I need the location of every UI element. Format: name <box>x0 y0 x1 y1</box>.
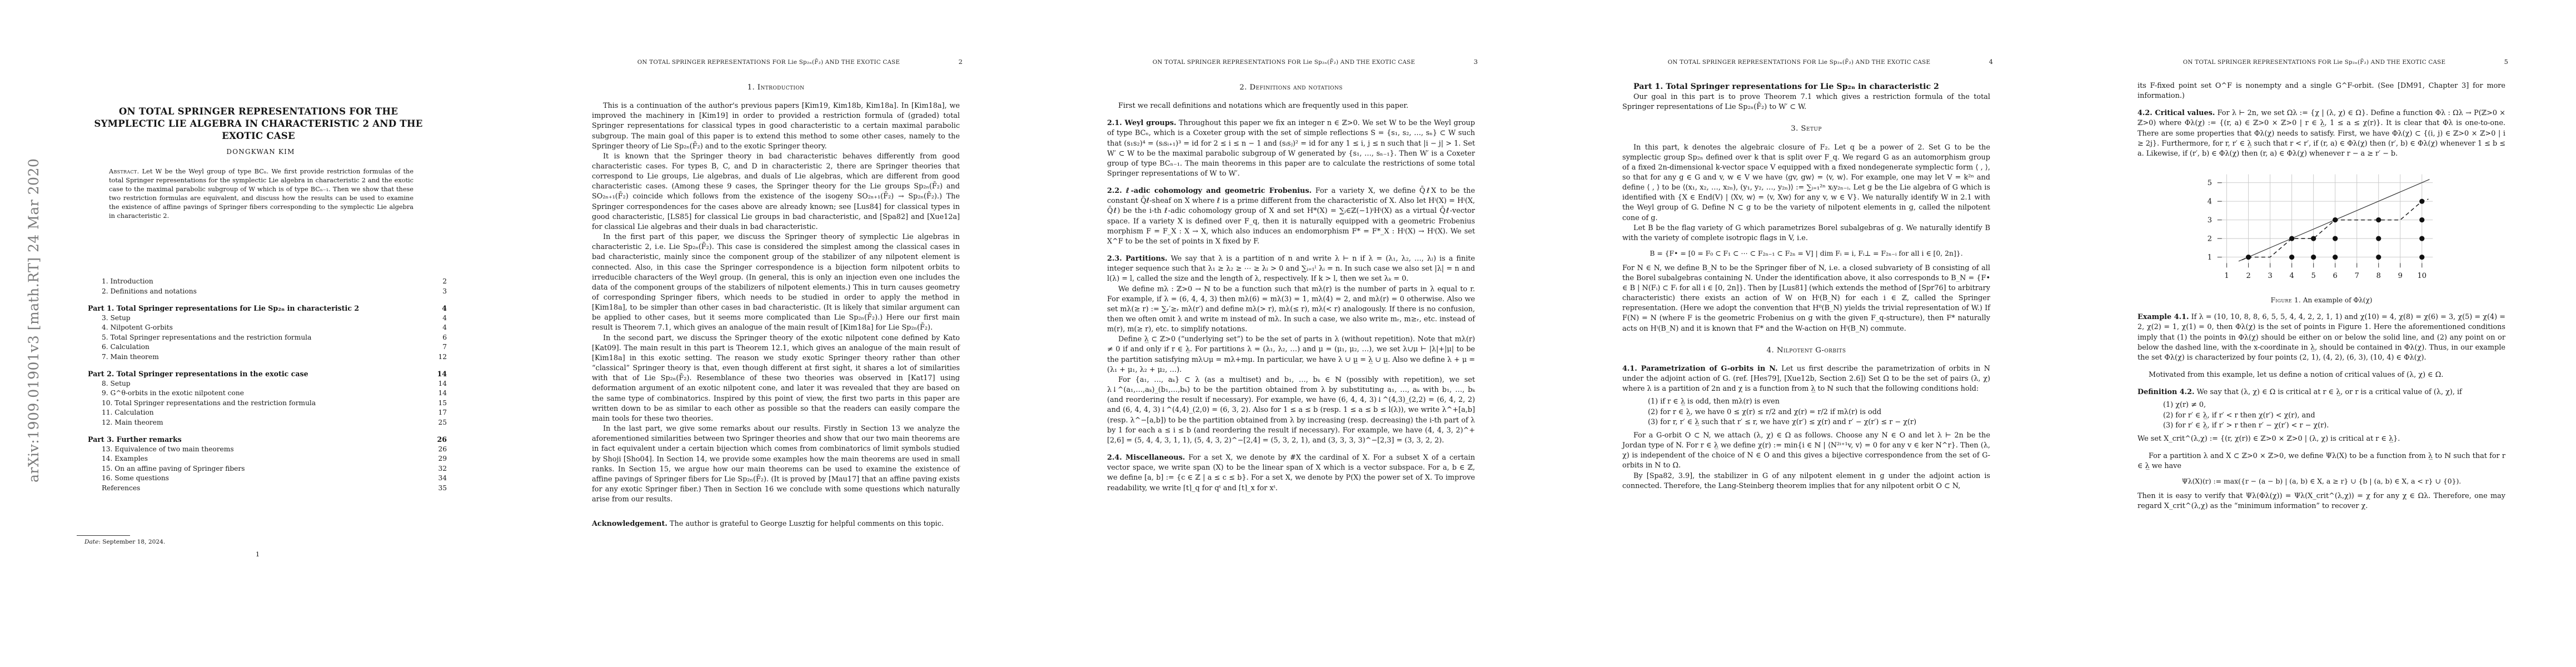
subsection-parametrization: 4.1. Parametrization of G-orbits in N. L… <box>1622 364 1990 394</box>
svg-text:4: 4 <box>2289 272 2294 280</box>
page-3-body: 2. Definitions and notations First we re… <box>1107 81 1475 494</box>
paragraph: Our goal in this part is to prove Theore… <box>1622 92 1990 112</box>
running-header: ON TOTAL SPRINGER REPRESENTATIONS FOR Li… <box>585 59 953 66</box>
toc-row: References35 <box>88 484 447 494</box>
paper-author: DONGKWAN KIM <box>77 148 445 156</box>
svg-text:5: 5 <box>2208 179 2212 187</box>
table-of-contents: 1. Introduction2 2. Definitions and nota… <box>88 277 447 493</box>
paragraph: For a G-orbit O ⊂ N, we attach (λ, χ) ∈ … <box>1622 431 1990 471</box>
paragraph: We define mλ : ℤ>0 → ℕ to be a function … <box>1107 285 1475 335</box>
subsection-critical-values: 4.2. Critical values. For λ ⊢ 2n, we set… <box>2137 108 2505 159</box>
figure-caption-text: An example of Φλ(χ) <box>2301 296 2372 304</box>
page-3: ON TOTAL SPRINGER REPRESENTATIONS FOR Li… <box>1030 0 1546 667</box>
acknowledgement: Acknowledgement. The author is grateful … <box>592 519 960 529</box>
toc-row: 11. Calculation17 <box>88 408 447 418</box>
condition-item: (2) for r′ ∈ λ̲, if r′ < r then χ(r′) < … <box>2163 411 2505 421</box>
paragraph: This is a continuation of the author's p… <box>592 101 960 152</box>
svg-text:1: 1 <box>2224 272 2229 280</box>
abstract-label: Abstract. <box>109 168 139 175</box>
svg-text:5: 5 <box>2311 272 2316 280</box>
page-5: ON TOTAL SPRINGER REPRESENTATIONS FOR Li… <box>2061 0 2576 667</box>
page-number: 3 <box>1474 58 1478 66</box>
toc-row: 1. Introduction2 <box>88 277 447 287</box>
abstract: Abstract. Let W be the Weyl group of typ… <box>109 167 413 221</box>
svg-text:3: 3 <box>2208 216 2212 225</box>
subsection-ladic: 2.2. ℓ-adic cohomology and geometric Fro… <box>1107 186 1475 247</box>
date-line: Date: September 18, 2024. <box>84 539 165 545</box>
page-5-body: its F-fixed point set O^F is nonempty an… <box>2137 81 2505 511</box>
condition-list: (1) χ(r) ≠ 0, (2) for r′ ∈ λ̲, if r′ < r… <box>2163 400 2505 431</box>
subsection-partitions: 2.3. Partitions. We say that λ is a part… <box>1107 254 1475 284</box>
svg-text:6: 6 <box>2333 272 2338 280</box>
section-heading-introduction: 1. Introduction <box>592 82 960 93</box>
paragraph: We set X_crit^(λ,χ) := {(r, χ(r)) ∈ ℤ>0 … <box>2137 434 2505 444</box>
paragraph: For a partition λ and X ⊂ ℤ>0 × ℤ>0, we … <box>2137 451 2505 471</box>
svg-text:7: 7 <box>2355 272 2359 280</box>
page-number: 5 <box>2504 58 2508 66</box>
svg-text:4: 4 <box>2208 198 2212 206</box>
section-heading-nilpotent-orbits: 4. Nilpotent G-orbits <box>1622 345 1990 356</box>
svg-text:2: 2 <box>2246 272 2250 280</box>
toc-row: 8. Setup14 <box>88 379 447 389</box>
page-2-body: 1. Introduction This is a continuation o… <box>592 81 960 529</box>
paper-title: ON TOTAL SPRINGER REPRESENTATIONS FOR TH… <box>83 106 434 142</box>
toc-row: 7. Main theorem12 <box>88 352 447 362</box>
condition-item: (1) χ(r) ≠ 0, <box>2163 400 2505 411</box>
paragraph: By [Spa82, 3.9], the stabilizer in G of … <box>1622 471 1990 491</box>
section-heading-definitions: 2. Definitions and notations <box>1107 82 1475 93</box>
toc-row: 15. On an affine paving of Springer fibe… <box>88 464 447 474</box>
toc-row: 14. Examples29 <box>88 454 447 464</box>
condition-list: (1) if r ∈ λ̲ is odd, then mλ(r) is even… <box>1648 397 1990 428</box>
svg-text:10: 10 <box>2418 272 2427 280</box>
toc-row: 12. Main theorem25 <box>88 418 447 428</box>
paragraph: For {a₁, …, aₖ} ⊂ λ (as a multiset) and … <box>1107 375 1475 446</box>
toc-row: 6. Calculation7 <box>88 342 447 352</box>
paragraph: In the first part of this paper, we disc… <box>592 232 960 333</box>
paragraph: its F-fixed point set O^F is nonempty an… <box>2137 81 2505 101</box>
condition-item: (3) for r, r′ ∈ λ̲ such that r′ ≤ r, we … <box>1648 417 1990 428</box>
paragraph: For N ∈ N, we define B_N to be the Sprin… <box>1622 263 1990 334</box>
paragraph: First we recall definitions and notation… <box>1107 101 1475 111</box>
running-header: ON TOTAL SPRINGER REPRESENTATIONS FOR Li… <box>2130 59 2498 66</box>
part-1-heading: Part 1. Total Springer representations f… <box>1622 81 1990 92</box>
figure-caption-label: Figure 1. <box>2271 296 2301 304</box>
toc-row: 10. Total Springer representations and t… <box>88 399 447 409</box>
page-number: 2 <box>959 58 963 66</box>
footnote-rule <box>77 535 130 536</box>
condition-item: (3) for r′ ∈ λ̲, if r′ > r then r′ − χ(r… <box>2163 421 2505 431</box>
running-header: ON TOTAL SPRINGER REPRESENTATIONS FOR Li… <box>1100 59 1468 66</box>
subsection-miscellaneous: 2.4. Miscellaneous. For a set X, we deno… <box>1107 453 1475 494</box>
acknowledgement-label: Acknowledgement. <box>592 520 667 528</box>
toc-row-part: Part 3. Further remarks26 <box>88 435 447 445</box>
display-equation-psi: Ψλ(X)(r) := max({r − (a − b) | (a, b) ∈ … <box>2137 476 2505 486</box>
svg-text:3: 3 <box>2268 272 2272 280</box>
toc-row: 3. Setup4 <box>88 313 447 323</box>
toc-row-part: Part 1. Total Springer representations f… <box>88 303 447 313</box>
svg-text:8: 8 <box>2376 272 2381 280</box>
display-equation-flags: B = {F• = [0 = F₀ ⊂ F₁ ⊂ ⋯ ⊂ F₂ₙ₋₁ ⊂ F₂ₙ… <box>1622 248 1990 258</box>
toc-row: 13. Equivalence of two main theorems26 <box>88 445 447 455</box>
page-2: ON TOTAL SPRINGER REPRESENTATIONS FOR Li… <box>515 0 1030 667</box>
page-number: 1 <box>0 550 515 558</box>
figure-1-caption: Figure 1. An example of Φλ(χ) <box>2200 296 2443 305</box>
condition-item: (2) for r ∈ λ̲, we have 0 ≤ χ(r) ≤ r/2 a… <box>1648 407 1990 418</box>
paragraph: Let B be the flag variety of G which par… <box>1622 223 1990 243</box>
paragraph: Define λ̲ ⊂ ℤ>0 (“underlying set”) to be… <box>1107 335 1475 375</box>
paragraph: In the second part, we discuss the Sprin… <box>592 333 960 424</box>
toc-row: 16. Some questions34 <box>88 474 447 484</box>
toc-row: 9. G^θ-orbits in the exotic nilpotent co… <box>88 389 447 399</box>
svg-text:1: 1 <box>2208 253 2212 262</box>
page-1: arXiv:1909.01901v3 [math.RT] 24 Mar 2020… <box>0 0 515 667</box>
svg-text:2: 2 <box>2208 235 2212 243</box>
toc-row: 2. Definitions and notations3 <box>88 287 447 297</box>
paragraph: In this part, k denotes the algebraic cl… <box>1622 143 1990 223</box>
paragraph: In the last part, we give some remarks a… <box>592 424 960 505</box>
toc-row: 5. Total Springer representations and th… <box>88 333 447 343</box>
page-4-body: Part 1. Total Springer representations f… <box>1622 81 1990 491</box>
toc-row: 4. Nilpotent G-orbits4 <box>88 323 447 333</box>
subsection-weyl-groups: 2.1. Weyl groups. Throughout this paper … <box>1107 118 1475 179</box>
running-header: ON TOTAL SPRINGER REPRESENTATIONS FOR Li… <box>1615 59 1983 66</box>
example-4-1: Example 4.1. If λ = (10, 10, 8, 8, 6, 5,… <box>2137 312 2505 363</box>
figure-1-plot: 1234567891012345 <box>2200 168 2443 289</box>
page-number: 4 <box>1989 58 1993 66</box>
condition-item: (1) if r ∈ λ̲ is odd, then mλ(r) is even <box>1648 397 1990 407</box>
figure-1: 1234567891012345 Figure 1. An example of… <box>2200 168 2443 305</box>
paragraph: It is known that the Springer theory in … <box>592 152 960 232</box>
section-heading-setup: 3. Setup <box>1622 123 1990 134</box>
toc-row-part: Part 2. Total Springer representations i… <box>88 369 447 379</box>
abstract-text: Let W be the Weyl group of type BCₙ. We … <box>109 168 413 220</box>
page-4: ON TOTAL SPRINGER REPRESENTATIONS FOR Li… <box>1546 0 2061 667</box>
paper-page-strip: arXiv:1909.01901v3 [math.RT] 24 Mar 2020… <box>0 0 2576 667</box>
arxiv-stamp: arXiv:1909.01901v3 [math.RT] 24 Mar 2020 <box>26 158 42 482</box>
svg-text:9: 9 <box>2398 272 2403 280</box>
paragraph: Motivated from this example, let us defi… <box>2137 370 2505 380</box>
figure-1-chart: 1234567891012345 <box>2200 168 2443 286</box>
paragraph: Then it is easy to verify that Ψλ(Φλ(χ))… <box>2137 491 2505 511</box>
definition-4-2: Definition 4.2. We say that (λ, χ) ∈ Ω i… <box>2137 387 2505 397</box>
